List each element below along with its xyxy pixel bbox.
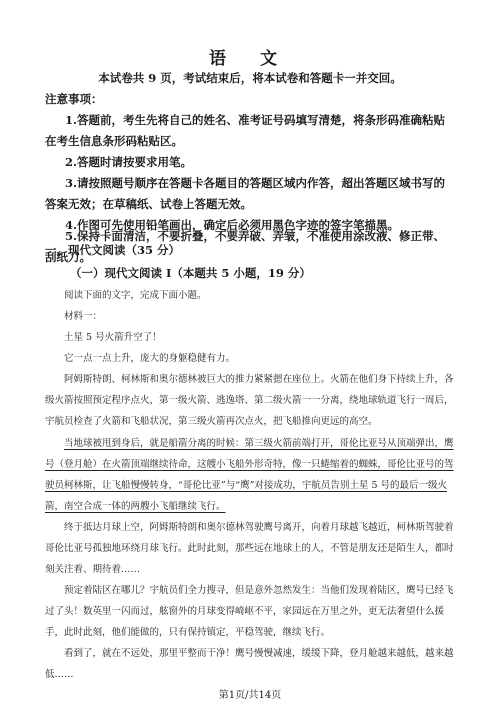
- note-3: 3.请按照题号顺序在答题卡各题目的答题区域内作答，超出答题区域书写的答案无效；在…: [45, 173, 455, 215]
- paragraph-5: 终于抵达月球上空，阿姆斯特朗和奥尔德林驾驶鹰号离开，向着月球越飞越近，柯林斯驾驶…: [45, 517, 455, 580]
- paragraph-7: 看到了，就在不远处，那里平整而干净！鹰号慢慢减速，缓缓下降，登月舱越来越低，越来…: [45, 643, 455, 685]
- reading-instruction: 阅读下面的文字，完成下面小题。: [45, 285, 455, 306]
- subsection-heading: （一）现代文阅读 I（本题共 5 小题，19 分）: [70, 265, 311, 281]
- notes-heading: 注意事项：: [45, 91, 103, 107]
- note-2: 2.答题时请按要求用笔。: [45, 152, 455, 173]
- paragraph-3: 阿姆斯特朗、柯林斯和奥尔德林被巨大的推力紧紧摁在座位上。火箭在他们身下持续上升，…: [45, 369, 455, 432]
- page-number: 第1页/共14页: [0, 686, 500, 701]
- section-heading: 一、现代文阅读（35 分）: [45, 242, 180, 258]
- note-1: 1.答题前，考生先将自己的姓名、准考证号码填写清楚，将条形码准确粘贴在考生信息条…: [45, 110, 455, 152]
- paragraph-4-underlined: 当地球被甩到身后，就是船箭分离的时候：第三级火箭前端打开，哥伦比亚号从顶端弹出，…: [45, 433, 455, 517]
- paragraph-6: 预定着陆区在哪儿？宇航员们全力搜寻，但是意外忽然发生：当他们发现着陆区，鹰号已经…: [45, 580, 455, 643]
- paragraph-1: 土星 5 号火箭升空了！: [45, 327, 455, 348]
- exam-info: 本试卷共 9 页，考试结束后，将本试卷和答题卡一并交回。: [0, 70, 500, 86]
- material-label: 材料一：: [45, 306, 455, 327]
- paragraph-2: 它一点一点上升，庞大的身躯稳健有力。: [45, 348, 455, 369]
- document-title: 语 文: [0, 44, 500, 69]
